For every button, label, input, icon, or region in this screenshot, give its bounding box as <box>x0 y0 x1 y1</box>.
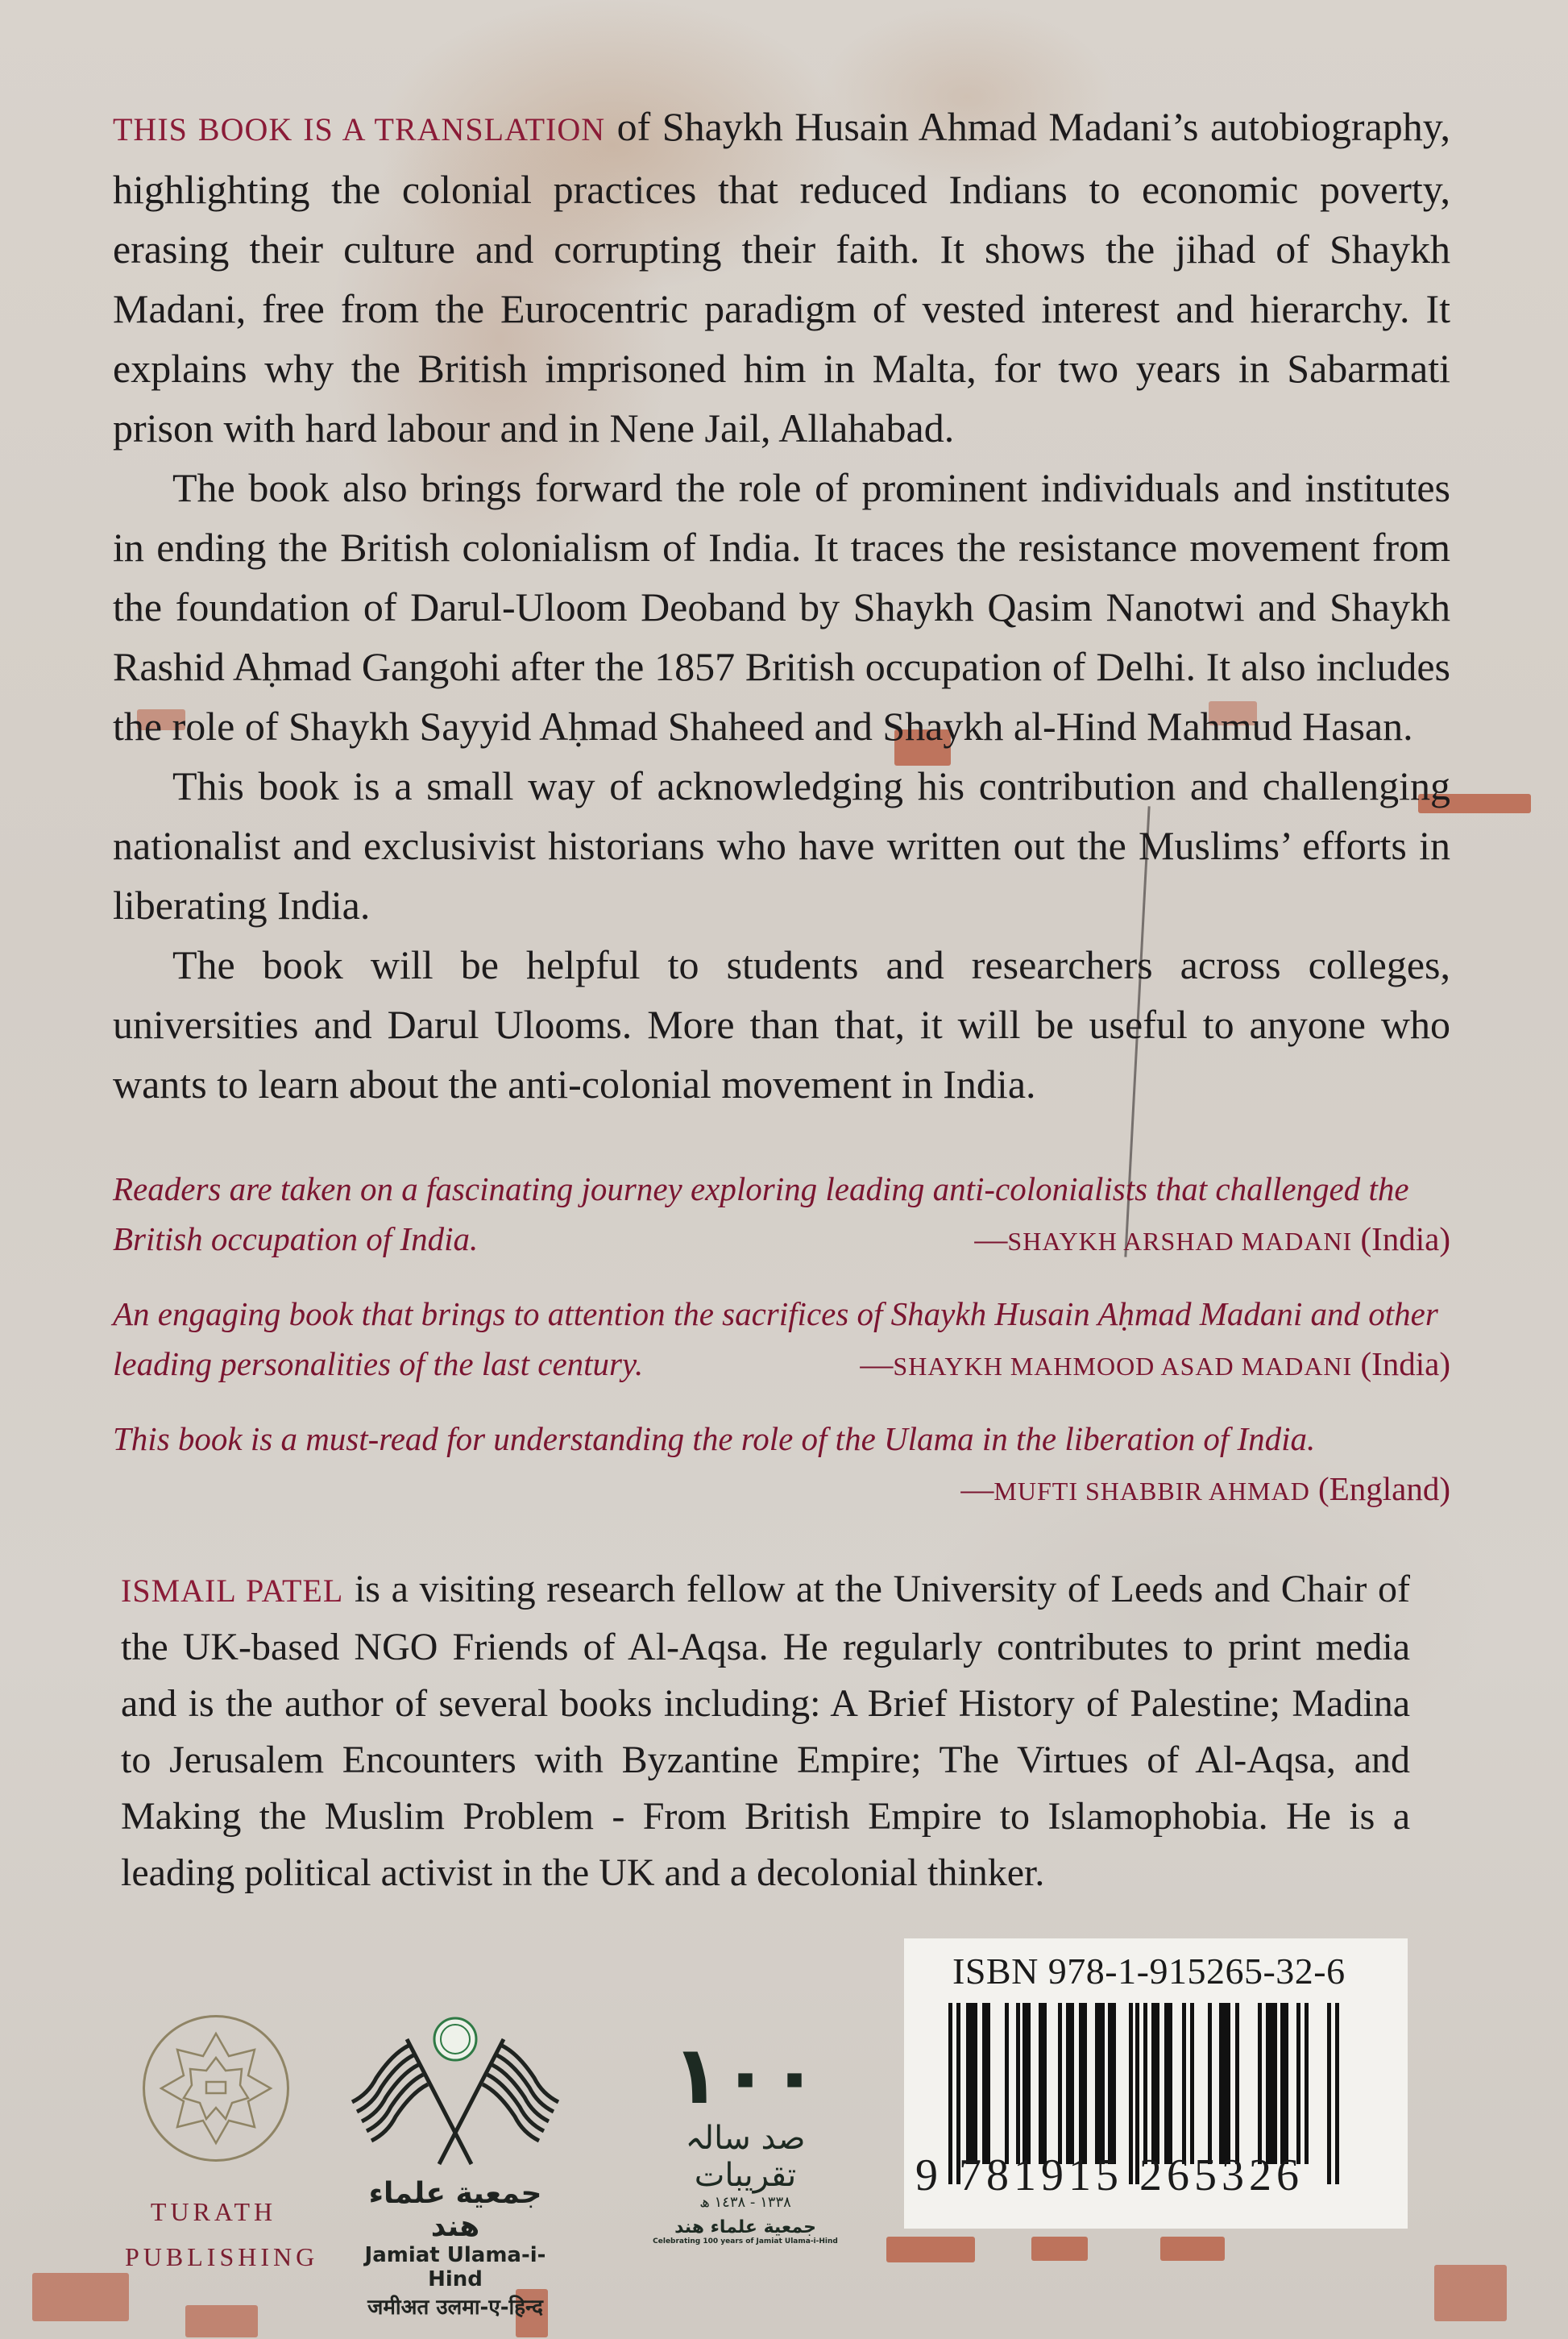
endorsement-quote: This book is a must-read for understandi… <box>113 1420 1315 1457</box>
author-bio: ISMAIL PATEL is a visiting research fell… <box>113 1561 1410 1901</box>
blurb-paragraph-4: The book will be helpful to students and… <box>113 935 1450 1114</box>
endorser-location: (England) <box>1318 1470 1450 1507</box>
brick-decoration <box>886 2237 975 2262</box>
blurb-paragraph-2: The book also brings forward the role of… <box>113 458 1450 756</box>
endorsement-attribution: —Shaykh Mahmood Asad Madani (India) <box>860 1339 1450 1391</box>
author-bio-text: is a visiting research fellow at the Uni… <box>121 1568 1410 1894</box>
endorsement: This book is a must-read for understandi… <box>113 1414 1450 1516</box>
brick-decoration <box>185 2305 258 2337</box>
endorser-name: Shaykh Arshad Madani <box>1007 1227 1352 1256</box>
crossed-flags-icon <box>351 2015 560 2172</box>
author-name: ISMAIL PATEL <box>121 1572 343 1609</box>
centenary-number: ١٠٠ <box>649 2031 842 2120</box>
blurb-paragraph-1: THIS BOOK IS A TRANSLATION of Shaykh Hus… <box>113 97 1450 458</box>
jamiat-arabic-name: جمعية علماء هند <box>351 2177 560 2243</box>
publisher-logos: TURATH PUBLISHING <box>133 2015 858 2273</box>
endorsement: An engaging book that brings to attentio… <box>113 1289 1450 1391</box>
endorser-location: (India) <box>1360 1345 1450 1382</box>
centenary-logo: ١٠٠ صد سالہ تقریبات ١٣٣٨ - ١٤٣٨ ھ جمعية … <box>649 2031 842 2246</box>
endorsements: Readers are taken on a fascinating journ… <box>113 1164 1450 1516</box>
endorser-name: Mufti Shabbir Ahmad <box>993 1477 1309 1506</box>
endorsement: Readers are taken on a fascinating journ… <box>113 1164 1450 1266</box>
turath-publishing-logo: TURATH PUBLISHING <box>133 2015 294 2279</box>
blurb-text: of Shaykh Husain Ahmad Madani’s autobiog… <box>113 104 1450 451</box>
turath-star-emblem-icon <box>143 2015 289 2162</box>
jamiat-hindi-name: जमीअत उलमा-ए-हिन्द <box>351 2291 560 2320</box>
endorsement-attribution: —Mufti Shabbir Ahmad (England) <box>960 1464 1450 1516</box>
jamiat-latin-name: Jamiat Ulama-i-Hind <box>351 2243 560 2291</box>
jamiat-ulama-logo: جمعية علماء هند Jamiat Ulama-i-Hind जमीअ… <box>351 2015 560 2320</box>
isbn-label: ISBN 978-1-915265-32-6 <box>952 1950 1346 1992</box>
endorser-name: Shaykh Mahmood Asad Madani <box>893 1352 1352 1381</box>
centenary-org-name: جمعية علماء هند <box>649 2217 842 2237</box>
turath-line1: TURATH <box>125 2189 302 2234</box>
centenary-years: ١٣٣٨ - ١٤٣٨ ھ <box>649 2194 842 2211</box>
barcode-digits: 9 781915 265326 <box>915 2150 1304 2201</box>
centenary-tagline: Celebrating 100 years of Jamiat Ulama-i-… <box>649 2237 842 2246</box>
endorser-location: (India) <box>1360 1220 1450 1257</box>
blurb-paragraph-3: This book is a small way of acknowledgin… <box>113 756 1450 935</box>
brick-decoration <box>1434 2265 1507 2321</box>
brick-decoration <box>1160 2237 1225 2261</box>
endorsement-attribution: —Shaykh Arshad Madani (India) <box>974 1214 1450 1266</box>
brick-decoration <box>32 2273 129 2321</box>
back-cover-text: THIS BOOK IS A TRANSLATION of Shaykh Hus… <box>113 97 1450 1901</box>
centenary-arabic-title: صد سالہ تقریبات <box>649 2120 842 2194</box>
blurb-lead-in: THIS BOOK IS A TRANSLATION <box>113 111 605 147</box>
turath-line2: PUBLISHING <box>125 2234 302 2279</box>
brick-decoration <box>1031 2237 1088 2261</box>
isbn-barcode: ISBN 978-1-915265-32-6 9 <box>904 1938 1408 2229</box>
